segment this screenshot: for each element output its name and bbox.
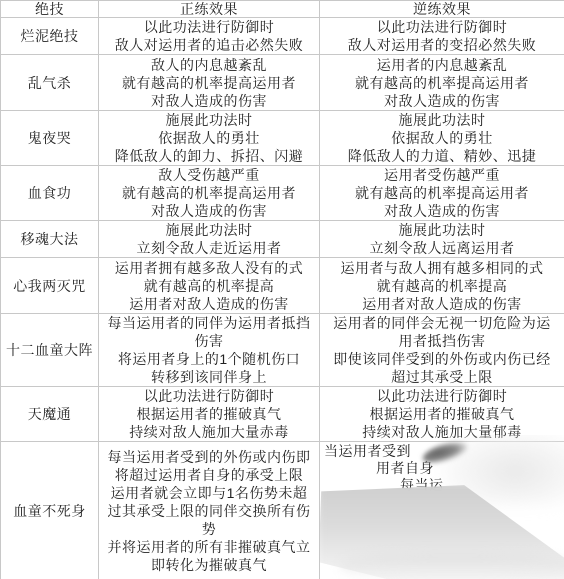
cell-line: 根据运用者的摧破真气 [322,405,562,423]
cell-line: 降低敌人的卸力、拆招、闪避 [101,147,317,165]
cell-line: 由运用者其它 [322,494,562,511]
skill-name-cell: 移魂大法 [1,221,99,258]
normal-effect-cell: 敌人受伤越严重就有越高的机率提高运用者对敌人造成的伤害 [99,166,320,221]
table-row: 移魂大法施展此功法时立刻令敌人走近运用者施展此功法时立刻令敌人远离运用者 [1,221,564,258]
reverse-effect-cell: 运用者受伤越严重就有越高的机率提高运用者对敌人造成的伤害 [320,166,564,221]
cell-line: 用者自身 [322,460,562,477]
normal-effect-cell: 以此功法进行防御时敌人对运用者的追击必然失败 [99,18,320,55]
table-row: 鬼夜哭施展此功法时依据敌人的勇壮降低敌人的卸力、拆招、闪避施展此功法时依据敌人的… [1,111,564,166]
normal-effect-cell: 以此功法进行防御时根据运用者的摧破真气持续对敌人施加大量赤毒 [99,387,320,442]
cell-line: 就有越高的机率提高运用者 [101,74,317,92]
table-body: 烂泥绝技以此功法进行防御时敌人对运用者的追击必然失败以此功法进行防御时敌人对运用… [1,18,564,579]
skill-name-cell: 天魔通 [1,387,99,442]
skill-name-cell: 十二血童大阵 [1,314,99,387]
skill-name-cell: 鬼夜哭 [1,111,99,166]
cell-line: 伤害 [101,332,317,350]
cell-line: 运用者对敌人造成的伤害 [101,295,317,313]
cell-line: 就有越高的机率提高运用者 [101,184,317,202]
cell-line: 以此功法进行防御时 [101,18,317,36]
cell-line: 转移到该同伴身上 [101,368,317,386]
normal-effect-cell: 施展此功法时依据敌人的勇壮降低敌人的卸力、拆招、闪避 [99,111,320,166]
cell-line: 运用者对敌人造成的伤害 [322,295,562,313]
cell-line: 就有越高的机率提高 [101,277,317,295]
normal-effect-cell: 施展此功法时立刻令敌人走近运用者 [99,221,320,258]
skill-name-cell: 心我两灭咒 [1,258,99,314]
reverse-effect-cell: 运用者的同伴会无视一切危险为运用者抵挡伤害即使该同伴受到的外伤或内伤已经超过其承… [320,314,564,387]
cell-line: 持续对敌人施加大量郁毒 [322,423,562,441]
cell-line: 势 [101,520,317,538]
skill-effect-table: 绝技 正练效果 逆练效果 烂泥绝技以此功法进行防御时敌人对运用者的追击必然失败以… [0,0,564,579]
cell-line: 超过其承受上限 [322,368,562,386]
cell-line: 施展此功法时 [101,221,317,239]
cell-line: 当运用者受到 [322,443,562,460]
cell-line: 就有越高的机率提高 [322,277,562,295]
reverse-effect-cell: 施展此功法时依据敌人的勇壮降低敌人的力道、精妙、迅捷 [320,111,564,166]
skill-name-cell: 乱气杀 [1,55,99,111]
cell-line: 运用者受伤越严重 [322,166,562,184]
table-row: 血食功敌人受伤越严重就有越高的机率提高运用者对敌人造成的伤害运用者受伤越严重就有… [1,166,564,221]
cell-line: 每当运用者的同伴为运用者抵挡 [101,314,317,332]
cell-line: 依据敌人的勇壮 [101,129,317,147]
normal-effect-cell: 运用者拥有越多敌人没有的式就有越高的机率提高运用者对敌人造成的伤害 [99,258,320,314]
cell-line: 施展此功法时 [322,111,562,129]
header-skill: 绝技 [1,1,99,18]
cell-line: 运用者的同伴会无视一切危险为运 [322,314,562,332]
cell-line: 运用者的内息越紊乱 [322,56,562,74]
cell-line: 持续对敌人施加大量赤毒 [101,423,317,441]
table-row: 烂泥绝技以此功法进行防御时敌人对运用者的追击必然失败以此功法进行防御时敌人对运用… [1,18,564,55]
cell-line: 并将运用者的所有非摧破真气立 [101,538,317,556]
reverse-effect-cell: 以此功法进行防御时敌人对运用者的变招必然失败 [320,18,564,55]
cell-line: 敌人对运用者的变招必然失败 [322,36,562,54]
cell-line: 对敌人造成的伤害 [322,92,562,110]
cell-line: 就有越高的机率提高运用者 [322,184,562,202]
cell-line: 用者抵挡伤害 [322,332,562,350]
skill-effect-table-page: 绝技 正练效果 逆练效果 烂泥绝技以此功法进行防御时敌人对运用者的追击必然失败以… [0,0,564,579]
cell-line: 敌人对运用者的追击必然失败 [101,36,317,54]
reverse-effect-cell: 运用者与敌人拥有越多相同的式就有越高的机率提高运用者对敌人造成的伤害 [320,258,564,314]
cell-line: 过其承受上限的同伴交换所有伤 [101,502,317,520]
table-row: 血童不死身每当运用者受到的外伤或内伤即将超过运用者自身的承受上限运用者就会立即与… [1,442,564,579]
cell-line: 将运用者身上的1个随机伤口 [101,350,317,368]
cell-line: 运用者就会立即与1名伤势未超 [101,484,317,502]
cell-line: 敌人的内息越紊乱 [101,56,317,74]
cell-line: 运用者与敌人拥有越多相同的式 [322,259,562,277]
cell-line: 即使该同伴受到的外伤或内伤已经 [322,350,562,368]
header-row: 绝技 正练效果 逆练效果 [1,1,564,18]
reverse-effect-cell: 运用者的内息越紊乱就有越高的机率提高运用者对敌人造成的伤害 [320,55,564,111]
reverse-effect-cell: 以此功法进行防御时根据运用者的摧破真气持续对敌人施加大量郁毒 [320,387,564,442]
cell-line: 将超过运用者自身的承受上限 [101,466,317,484]
cell-line: 以此功法进行防御时 [101,387,317,405]
cell-line: 运用者拥有越多敌人没有的式 [101,259,317,277]
cell-line: 立刻令敌人远离运用者 [322,239,562,257]
skill-name-cell: 血食功 [1,166,99,221]
reverse-effect-cell: 当运用者受到用者自身每当运由运用者其它 [320,442,564,579]
cell-line: 施展此功法时 [101,111,317,129]
table-row: 心我两灭咒运用者拥有越多敌人没有的式就有越高的机率提高运用者对敌人造成的伤害运用… [1,258,564,314]
cell-line: 依据敌人的勇壮 [322,129,562,147]
skill-name-cell: 血童不死身 [1,442,99,579]
normal-effect-cell: 每当运用者的同伴为运用者抵挡伤害将运用者身上的1个随机伤口转移到该同伴身上 [99,314,320,387]
cell-line: 对敌人造成的伤害 [101,92,317,110]
cell-line: 每当运用者受到的外伤或内伤即 [101,448,317,466]
normal-effect-cell: 每当运用者受到的外伤或内伤即将超过运用者自身的承受上限运用者就会立即与1名伤势未… [99,442,320,579]
cell-line: 对敌人造成的伤害 [322,202,562,220]
cell-line: 就有越高的机率提高运用者 [322,74,562,92]
cell-line: 施展此功法时 [322,221,562,239]
table-row: 乱气杀敌人的内息越紊乱就有越高的机率提高运用者对敌人造成的伤害运用者的内息越紊乱… [1,55,564,111]
header-reverse-effect: 逆练效果 [320,1,564,18]
cell-line: 降低敌人的力道、精妙、迅捷 [322,147,562,165]
cell-line: 敌人受伤越严重 [101,166,317,184]
cell-line: 每当运 [322,477,562,494]
cell-line: 根据运用者的摧破真气 [101,405,317,423]
table-row: 十二血童大阵每当运用者的同伴为运用者抵挡伤害将运用者身上的1个随机伤口转移到该同… [1,314,564,387]
table-row: 天魔通以此功法进行防御时根据运用者的摧破真气持续对敌人施加大量赤毒以此功法进行防… [1,387,564,442]
cell-line: 即转化为摧破真气 [101,556,317,574]
reverse-effect-cell: 施展此功法时立刻令敌人远离运用者 [320,221,564,258]
cell-line: 以此功法进行防御时 [322,18,562,36]
cell-line: 以此功法进行防御时 [322,387,562,405]
header-normal-effect: 正练效果 [99,1,320,18]
skill-name-cell: 烂泥绝技 [1,18,99,55]
cell-line: 对敌人造成的伤害 [101,202,317,220]
normal-effect-cell: 敌人的内息越紊乱就有越高的机率提高运用者对敌人造成的伤害 [99,55,320,111]
cell-line: 立刻令敌人走近运用者 [101,239,317,257]
